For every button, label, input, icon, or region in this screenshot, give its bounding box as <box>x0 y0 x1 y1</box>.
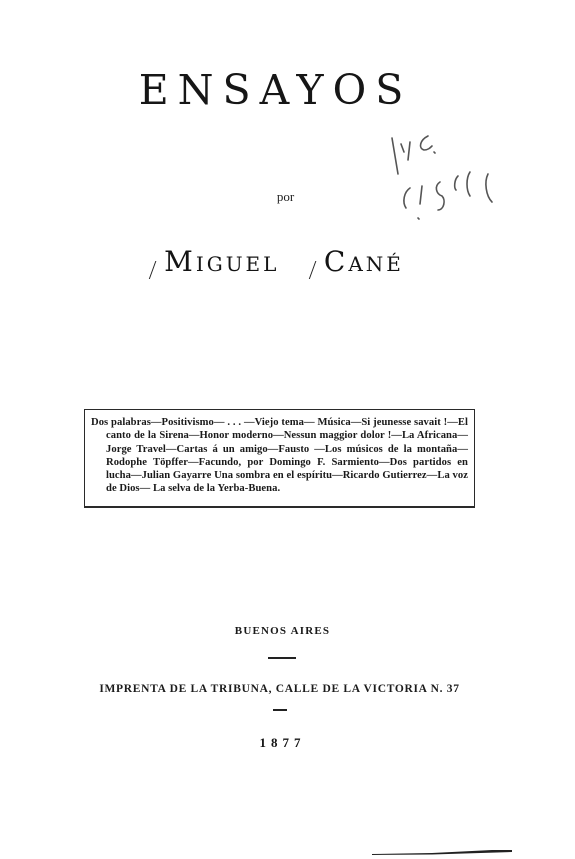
divider-rule <box>268 657 296 659</box>
swash-flourish-icon <box>309 261 323 279</box>
handwritten-annotation-icon <box>384 130 494 225</box>
byline-por: por <box>0 189 573 205</box>
author-name: MIGUEL CANÉ <box>0 245 568 278</box>
contents-list: Dos palabras—Positivismo— . . . —Viejo t… <box>91 416 468 496</box>
author-first-rest: IGUEL <box>196 252 280 276</box>
publication-city: BUENOS AIRES <box>0 625 570 637</box>
book-title: ENSAYOS <box>0 66 563 114</box>
contents-box: Dos palabras—Positivismo— . . . —Viejo t… <box>84 409 475 508</box>
author-last-initial: C <box>324 245 348 278</box>
printer-imprint: IMPRENTA DE LA TRIBUNA, CALLE DE LA VICT… <box>0 683 567 695</box>
author-first-initial: M <box>164 245 196 278</box>
author-last-rest: ANÉ <box>348 252 404 276</box>
divider-rule <box>273 709 287 711</box>
swash-flourish-icon <box>149 261 163 279</box>
publication-year: 1877 <box>0 735 570 751</box>
scan-artifact-icon <box>372 849 512 855</box>
